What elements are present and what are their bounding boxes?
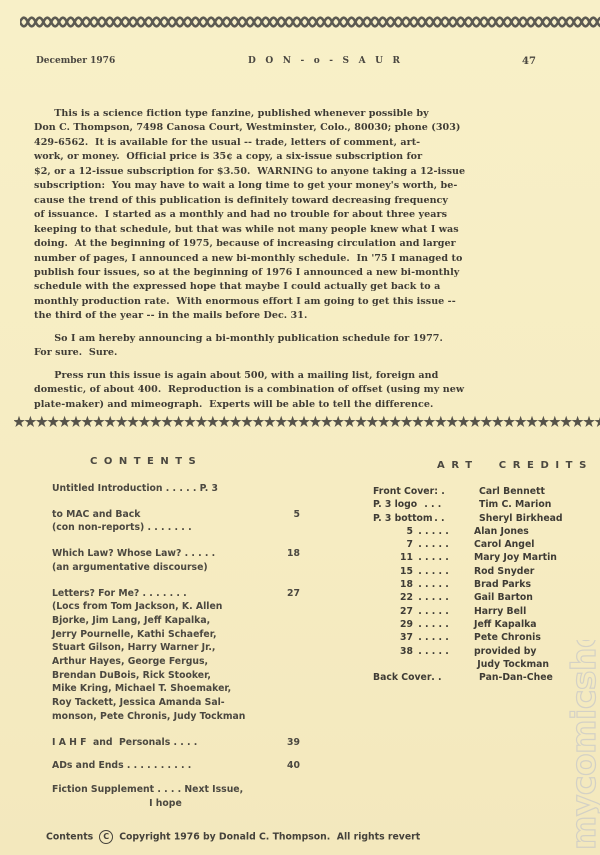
art-credit-row: 27 . . . . . Harry Bell	[373, 605, 600, 618]
art-credit-row: 11 . . . . . Mary Joy Martin	[373, 551, 600, 564]
star-border-ornament	[14, 415, 600, 429]
art-credit-artist: Harry Bell	[474, 605, 526, 618]
leader-dots: . . . . .	[415, 618, 452, 631]
toc-entry-title: Mike Kring, Michael T. Shoemaker,	[52, 682, 352, 696]
copyright-symbol-icon: C	[99, 830, 113, 844]
contents-heading: CONTENTS	[90, 456, 202, 467]
paragraph-line: domestic, of about 400. Reproduction is …	[34, 383, 574, 397]
leader-dots: . . .	[421, 498, 445, 511]
leader-dots: . . . . .	[415, 578, 452, 591]
art-credit-artist: Carl Bennett	[479, 485, 545, 498]
art-credit-row: 5 . . . . . Alan Jones	[373, 525, 600, 538]
paragraph-line: monthly production rate. With enormous e…	[34, 295, 574, 309]
paragraph-line: of issuance. I started as a monthly and …	[34, 208, 574, 222]
art-credit-page: 15	[395, 565, 413, 578]
art-credit-artist: Gail Barton	[474, 591, 533, 604]
art-credit-artist: Pan-Dan-Chee	[479, 671, 553, 684]
toc-entry-title: I A H F and Personals . . . .	[52, 736, 352, 750]
leader-dots: . . . . .	[415, 591, 452, 604]
art-credit-artist: Pete Chronis	[474, 631, 541, 644]
paragraph-line: schedule with the expressed hope that ma…	[34, 280, 574, 294]
art-credit-page: 37	[395, 631, 413, 644]
art-credit-artist: Sheryl Birkhead	[479, 512, 563, 525]
toc-entry-title: Brendan DuBois, Rick Stooker,	[52, 669, 352, 683]
paragraph-line: publish four issues, so at the beginning…	[34, 266, 574, 280]
toc-page-number: 40	[287, 759, 300, 773]
paragraph-line: doing. At the beginning of 1975, because…	[34, 237, 574, 251]
toc-entry: Which Law? Whose Law? . . . . .(an argum…	[52, 547, 352, 574]
art-credit-artist: Judy Tockman	[474, 658, 549, 671]
art-credit-row: 18 . . . . . Brad Parks	[373, 578, 600, 591]
toc-page-number: 27	[287, 587, 300, 601]
page-header: December 1976 D O N - o - S A U R 47	[36, 56, 576, 72]
art-credit-row: 7 . . . . . Carol Angel	[373, 538, 600, 551]
paragraph-line: work, or money. Official price is 35¢ a …	[34, 150, 574, 164]
toc-entry-title: (an argumentative discourse)	[52, 561, 352, 575]
art-credits-heading: ART CREDITS	[437, 460, 593, 471]
table-of-contents: Untitled Introduction . . . . . P. 3to M…	[52, 482, 352, 810]
paragraph-line: Press run this issue is again about 500,…	[34, 369, 574, 383]
art-credit-page: 18	[395, 578, 413, 591]
art-credit-artist: Carol Angel	[474, 538, 534, 551]
paragraph-line: 429-6562. It is available for the usual …	[34, 136, 574, 150]
art-credit-row: 29 . . . . . Jeff Kapalka	[373, 618, 600, 631]
art-credit-row: Front Cover : . Carl Bennett	[373, 485, 600, 498]
toc-page-number: 18	[287, 547, 300, 561]
art-credit-row: P. 3 logo . . . Tim C. Marion	[373, 498, 600, 511]
paragraph-line: This is a science fiction type fanzine, …	[34, 107, 574, 121]
leader-dots: . . . . .	[415, 525, 452, 538]
art-credit-page: P. 3 bottom	[373, 512, 433, 525]
art-credit-page: 22	[395, 591, 413, 604]
art-credit-artist: Jeff Kapalka	[474, 618, 537, 631]
art-credit-page: P. 3 logo	[373, 498, 417, 511]
toc-entry-title: to MAC and Back	[52, 508, 352, 522]
page-number: 47	[522, 56, 536, 67]
art-credit-page: Back Cover	[373, 671, 431, 684]
art-credit-page: Front Cover	[373, 485, 434, 498]
leader-dots: . . . . .	[415, 538, 452, 551]
leader-dots: . . . . .	[415, 551, 452, 564]
toc-entry-title: Fiction Supplement . . . . Next Issue,	[52, 783, 352, 797]
toc-entry-title: Roy Tackett, Jessica Amanda Sal-	[52, 696, 352, 710]
toc-entry-title: Letters? For Me? . . . . . . .	[52, 587, 352, 601]
toc-entry-title: Stuart Gilson, Harry Warner Jr.,	[52, 641, 352, 655]
toc-entry-title: Jerry Pournelle, Kathi Schaefer,	[52, 628, 352, 642]
art-credit-row: P. 3 bottom . . Sheryl Birkhead	[373, 512, 600, 525]
toc-entry-title: Untitled Introduction . . . . . P. 3	[52, 482, 352, 496]
editorial-introduction: This is a science fiction type fanzine, …	[34, 107, 574, 412]
leader-dots: . . . . .	[415, 565, 452, 578]
toc-entry-title: I hope	[52, 797, 352, 811]
copyright-prefix: Contents	[46, 832, 93, 843]
paragraph-line: For sure. Sure.	[34, 346, 574, 360]
leader-dots: . . . . .	[415, 631, 452, 644]
art-credit-page: 7	[395, 538, 413, 551]
rope-border-ornament	[20, 14, 600, 30]
leader-dots: . . . . .	[415, 645, 452, 658]
paragraph-line: keeping to that schedule, but that was w…	[34, 223, 574, 237]
toc-entry: I A H F and Personals . . . .39	[52, 736, 352, 750]
toc-page-number: 5	[294, 508, 300, 522]
paragraph-line: plate-maker) and mimeograph. Experts wil…	[34, 398, 574, 412]
art-credit-page: 38	[395, 645, 413, 658]
toc-entry-title: (con non-reports) . . . . . . .	[52, 521, 352, 535]
art-credit-row: 22 . . . . . Gail Barton	[373, 591, 600, 604]
issue-date: December 1976	[36, 56, 115, 66]
copyright-notice: ContentsCCopyright 1976 by Donald C. Tho…	[46, 830, 420, 844]
zine-title: D O N - o - S A U R	[248, 56, 403, 66]
paragraph-line: So I am hereby announcing a bi-monthly p…	[34, 332, 574, 346]
paragraph-line: cause the trend of this publication is d…	[34, 194, 574, 208]
toc-entry: Fiction Supplement . . . . Next Issue, I…	[52, 783, 352, 810]
art-credit-page: 11	[395, 551, 413, 564]
art-credit-artist: provided by	[474, 645, 536, 658]
toc-entry: Untitled Introduction . . . . . P. 3	[52, 482, 352, 496]
watermark-text: mycomicshop	[564, 640, 600, 850]
copyright-text: Copyright 1976 by Donald C. Thompson. Al…	[119, 832, 420, 843]
toc-page-number: 39	[287, 736, 300, 750]
leader-dots: . .	[428, 671, 445, 684]
fanzine-page: December 1976 D O N - o - S A U R 47 Thi…	[0, 0, 600, 855]
watermark: mycomicshop	[560, 640, 600, 855]
toc-entry-title: Which Law? Whose Law? . . . . .	[52, 547, 352, 561]
art-credit-row: 15 . . . . . Rod Snyder	[373, 565, 600, 578]
art-credit-page: 5	[395, 525, 413, 538]
leader-dots: . .	[431, 512, 448, 525]
toc-entry-title: Arthur Hayes, George Fergus,	[52, 655, 352, 669]
leader-dots: : .	[431, 485, 448, 498]
art-credit-artist: Brad Parks	[474, 578, 531, 591]
paragraph-line: Don C. Thompson, 7498 Canosa Court, West…	[34, 121, 574, 135]
toc-entry-title: monson, Pete Chronis, Judy Tockman	[52, 710, 352, 724]
paragraph-line: subscription: You may have to wait a lon…	[34, 179, 574, 193]
art-credit-page: 29	[395, 618, 413, 631]
toc-entry-title: (Locs from Tom Jackson, K. Allen	[52, 600, 352, 614]
paragraph-line: $2, or a 12-issue subscription for $3.50…	[34, 165, 574, 179]
leader-dots: . . . . .	[415, 605, 452, 618]
art-credit-page: 27	[395, 605, 413, 618]
art-credit-artist: Alan Jones	[474, 525, 529, 538]
art-credit-artist: Tim C. Marion	[479, 498, 551, 511]
toc-entry: Letters? For Me? . . . . . . .(Locs from…	[52, 587, 352, 724]
toc-entry-title: Bjorke, Jim Lang, Jeff Kapalka,	[52, 614, 352, 628]
toc-entry-title: ADs and Ends . . . . . . . . . .	[52, 759, 352, 773]
toc-entry: ADs and Ends . . . . . . . . . .40	[52, 759, 352, 773]
art-credit-artist: Mary Joy Martin	[474, 551, 557, 564]
toc-entry: to MAC and Back(con non-reports) . . . .…	[52, 508, 352, 535]
paragraph-line: number of pages, I announced a new bi-mo…	[34, 252, 574, 266]
paragraph-line: the third of the year -- in the mails be…	[34, 309, 574, 323]
art-credit-artist: Rod Snyder	[474, 565, 534, 578]
